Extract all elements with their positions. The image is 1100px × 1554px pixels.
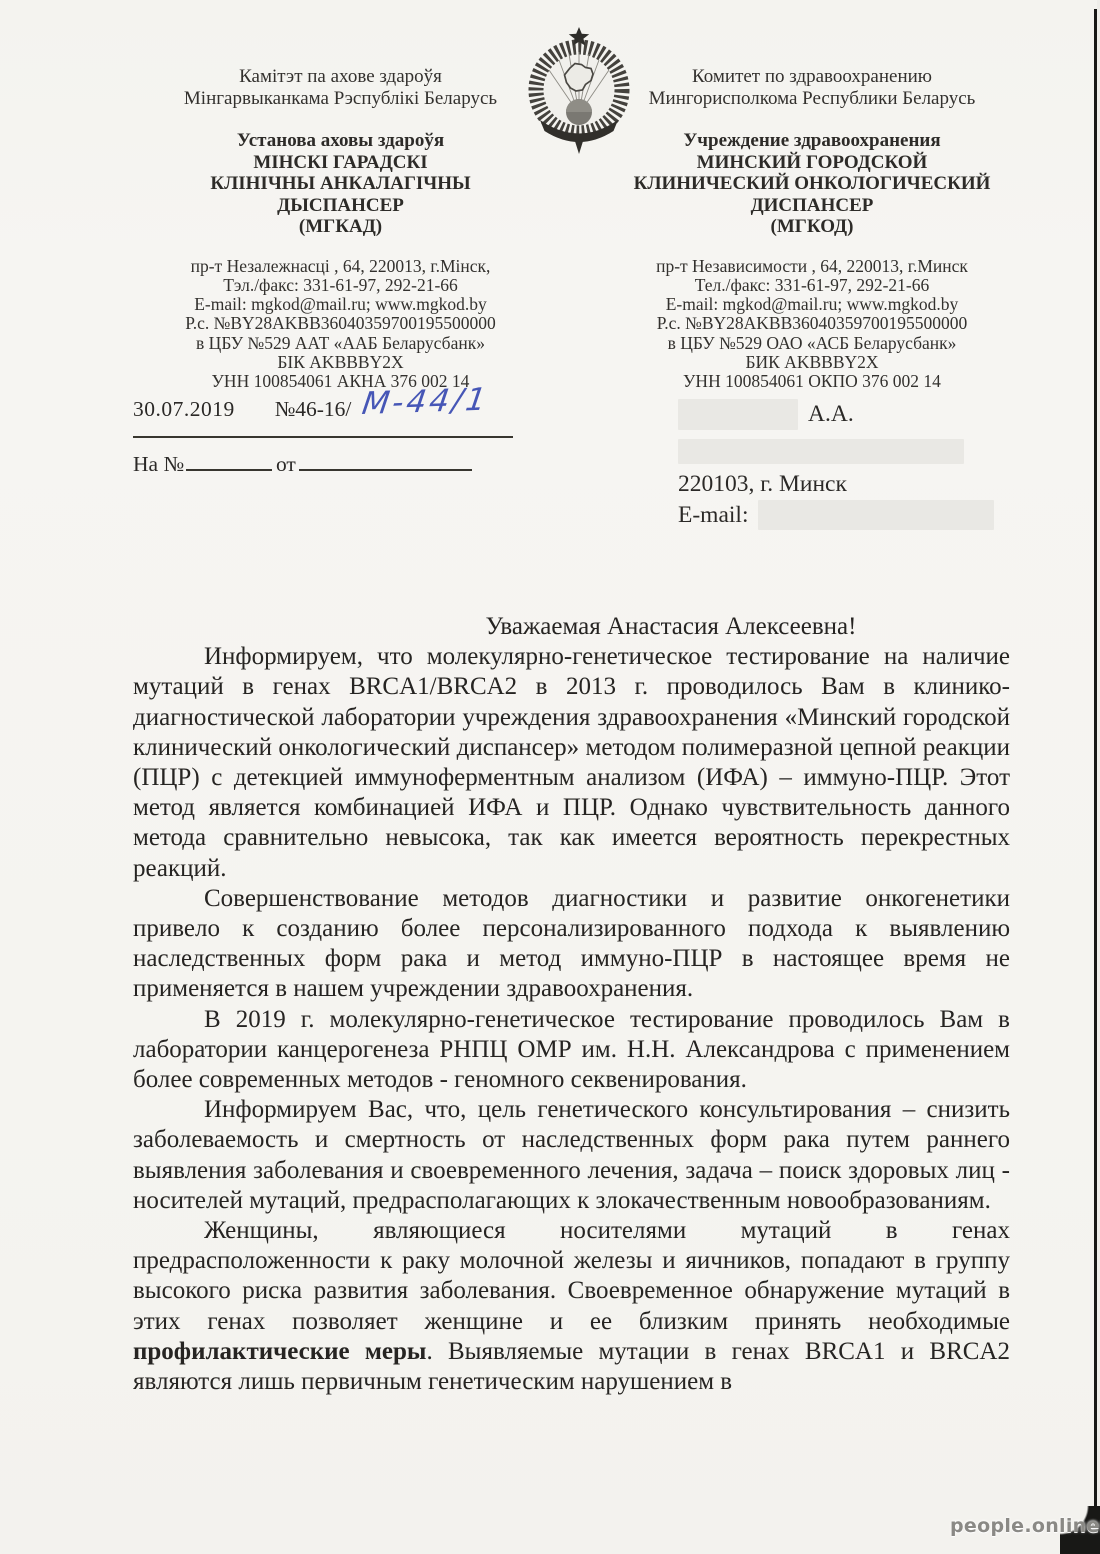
organization-name-ru: Учреждение здравоохранения МИНСКИЙ ГОРОД… bbox=[622, 130, 1002, 238]
reply-from-label: от bbox=[276, 452, 296, 477]
letter-body: Уважаемая Анастасия Алексеевна! Информир… bbox=[133, 612, 1010, 1397]
org-name-lines-ru: МИНСКИЙ ГОРОДСКОЙ КЛИНИЧЕСКИЙ ОНКОЛОГИЧЕ… bbox=[634, 152, 991, 238]
recipient-city-line: 220103, г. Минск bbox=[678, 471, 1012, 498]
scan-edge-shadow bbox=[1094, 9, 1097, 1554]
incoming-reference-line: На № от bbox=[133, 445, 513, 477]
recipient-email-line: E-mail: bbox=[678, 500, 1012, 530]
salutation: Уважаемая Анастасия Алексеевна! bbox=[133, 612, 1010, 642]
contact-details-by: пр-т Незалежнасці , 64, 220013, г.Мінск,… bbox=[133, 257, 548, 392]
scanned-letter-page: Камітэт па ахове здароўя Мінгарвыканкама… bbox=[0, 0, 1100, 1554]
email-label: E-mail: bbox=[678, 502, 748, 529]
paragraph-5: Женщины, являющиеся носителями мутаций в… bbox=[133, 1216, 1010, 1397]
recipient-name-line: А.А. bbox=[678, 399, 1012, 430]
letter-number-prefix: №46-16/ bbox=[275, 397, 352, 422]
recipient-address-line bbox=[678, 439, 1012, 464]
letter-date: 30.07.2019 bbox=[133, 397, 235, 422]
redacted-email bbox=[758, 500, 994, 530]
paragraph-5-pre: Женщины, являющиеся носителями мутаций в… bbox=[133, 1217, 1010, 1335]
paragraph-5-bold-phrase: профилактические меры bbox=[133, 1338, 426, 1365]
reply-date-blank bbox=[299, 445, 472, 471]
letterhead-russian: Комитет по здравоохранению Мингорисполко… bbox=[622, 66, 1002, 392]
reference-block: 30.07.2019 №46-16/ М-44/1 На № от bbox=[133, 396, 513, 477]
contact-details-ru: пр-т Независимости , 64, 220013, г.Минск… bbox=[622, 257, 1002, 392]
recipient-block: А.А. 220103, г. Минск E-mail: bbox=[678, 399, 1012, 530]
reply-number-blank bbox=[186, 445, 272, 471]
org-name-lines-by: МІНСКІ ГАРАДСКІ КЛІНІЧНЫ АНКАЛАГІЧНЫ ДЫС… bbox=[210, 152, 470, 238]
watermark: people.onliner.by bbox=[950, 1515, 1100, 1537]
belarus-coat-of-arms-icon bbox=[524, 26, 634, 158]
handwritten-letter-number: М-44/1 bbox=[361, 390, 490, 414]
recipient-initials: А.А. bbox=[808, 401, 854, 428]
paragraph-3: В 2019 г. молекулярно-генетическое тести… bbox=[133, 1005, 1010, 1096]
letterhead-belarusian: Камітэт па ахове здароўя Мінгарвыканкама… bbox=[133, 66, 548, 392]
committee-name-ru: Комитет по здравоохранению Мингорисполко… bbox=[622, 66, 1002, 110]
org-type-ru: Учреждение здравоохранения bbox=[622, 130, 1002, 152]
reply-to-label: На № bbox=[133, 452, 184, 477]
committee-name-by: Камітэт па ахове здароўя Мінгарвыканкама… bbox=[133, 66, 548, 110]
organization-name-by: Установа аховы здароўя МІНСКІ ГАРАДСКІ К… bbox=[133, 130, 548, 238]
outgoing-reference-line: 30.07.2019 №46-16/ М-44/1 bbox=[133, 396, 513, 438]
paragraph-1: Информируем, что молекулярно-генетическо… bbox=[133, 642, 1010, 884]
redacted-surname bbox=[678, 399, 798, 430]
paragraph-2: Совершенствование методов диагностики и … bbox=[133, 884, 1010, 1005]
paragraph-4: Информируем Вас, что, цель генетического… bbox=[133, 1095, 1010, 1216]
redacted-address bbox=[678, 439, 964, 464]
org-type-by: Установа аховы здароўя bbox=[133, 130, 548, 152]
